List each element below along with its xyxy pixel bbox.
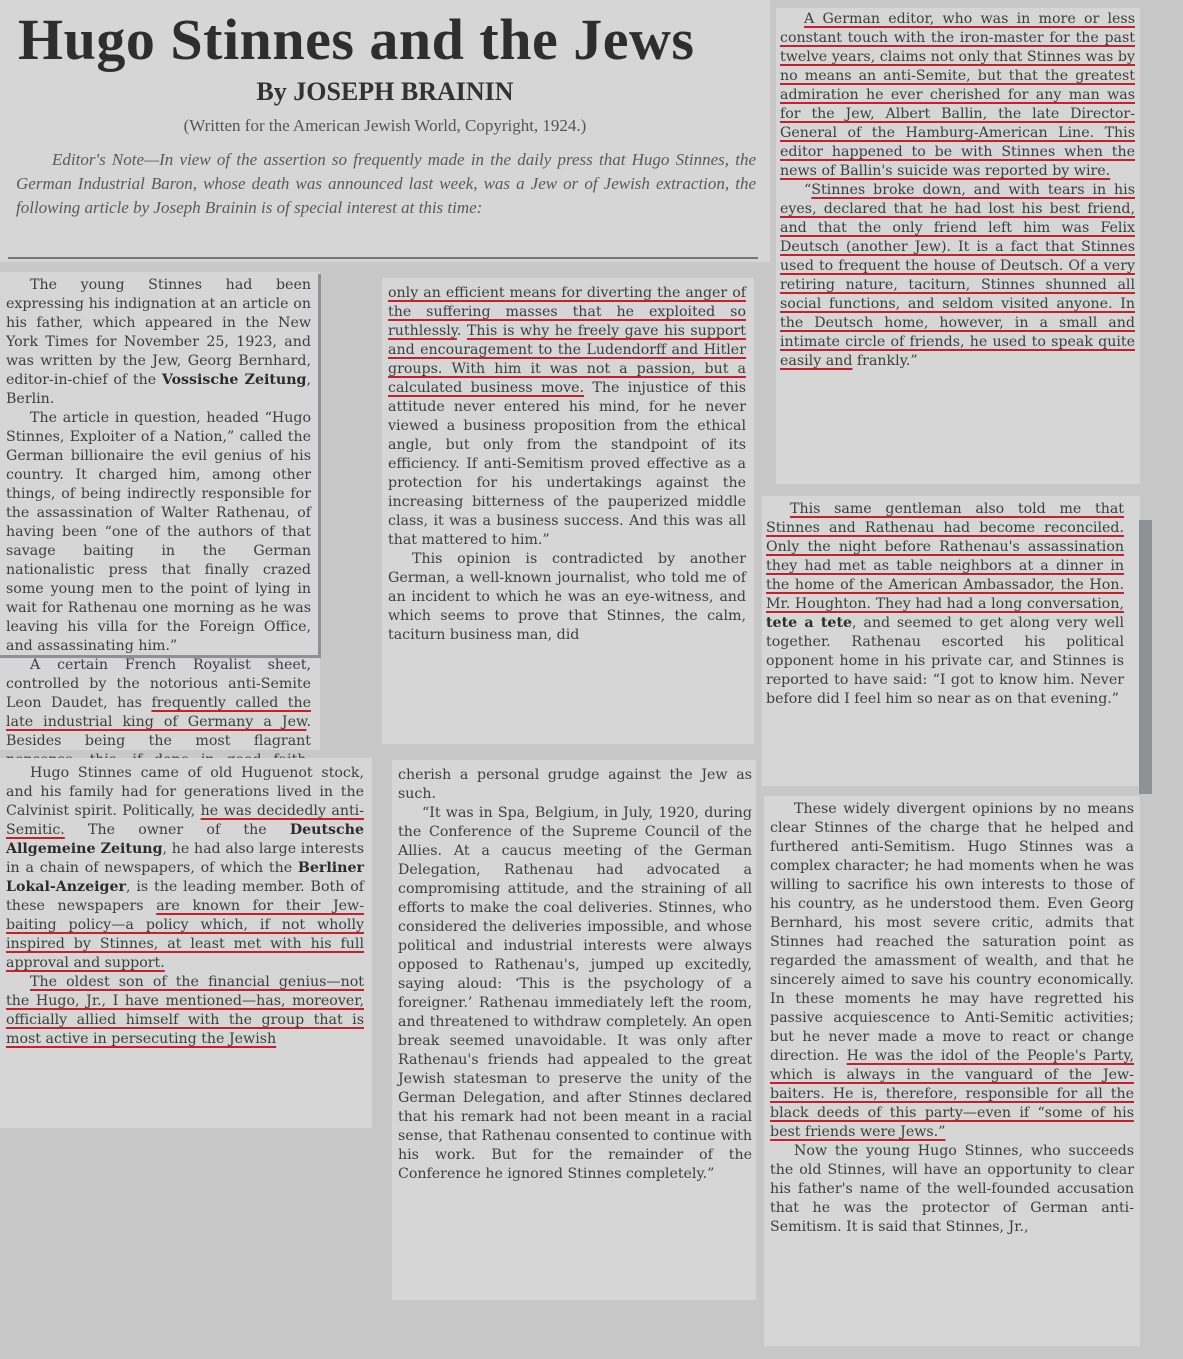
- paragraph: Now the young Hugo Stinnes, who succeeds…: [770, 1142, 1134, 1237]
- paragraph: The young Stinnes had been expressing hi…: [6, 276, 311, 409]
- highlighted-text: The oldest son of the financial genius—n…: [6, 974, 364, 1047]
- col2-top-text: only an efficient means for diverting th…: [388, 284, 746, 645]
- col3-bottom-text: These widely divergent opinions by no me…: [770, 800, 1134, 1237]
- paragraph: Hugo Stinnes came of old Huguenot stock,…: [6, 764, 364, 973]
- highlighted-text: Stinnes broke down, and with tears in hi…: [780, 182, 1135, 369]
- col1-top-text: The young Stinnes had been expressing hi…: [6, 276, 311, 808]
- col2-bottom-text: cherish a personal grudge against the Je…: [398, 766, 752, 1184]
- article-title: Hugo Stinnes and the Jews: [18, 8, 763, 72]
- paragraph: A German editor, who was in more or less…: [780, 10, 1135, 181]
- highlighted-text: A German editor, who was in more or less…: [780, 11, 1135, 179]
- paragraph: The article in question, headed “Hugo St…: [6, 409, 311, 656]
- header-divider: [8, 257, 758, 259]
- paragraph: This same gentleman also told me that St…: [766, 500, 1124, 709]
- copyright-credit: (Written for the American Jewish World, …: [0, 116, 770, 136]
- paragraph: This opinion is contradicted by another …: [388, 550, 746, 645]
- side-bar: [1139, 520, 1152, 794]
- paragraph: “It was in Spa, Belgium, in July, 1920, …: [398, 804, 752, 1184]
- newspaper-name: Vossische Zeitung: [162, 372, 307, 388]
- highlighted-text: This same gentleman also told me that St…: [766, 501, 1124, 612]
- frame-border-right: [318, 274, 321, 658]
- col3-top-text: A German editor, who was in more or less…: [780, 10, 1135, 371]
- col1-bottom-text: Hugo Stinnes came of old Huguenot stock,…: [6, 764, 364, 1049]
- paragraph: The oldest son of the financial genius—n…: [6, 973, 364, 1049]
- article-byline: By JOSEPH BRAININ: [0, 77, 770, 107]
- paragraph: only an efficient means for diverting th…: [388, 284, 746, 550]
- paragraph: cherish a personal grudge against the Je…: [398, 766, 752, 804]
- editors-note: Editor's Note—In view of the assertion s…: [16, 148, 756, 220]
- paragraph: “Stinnes broke down, and with tears in h…: [780, 181, 1135, 371]
- paragraph: These widely divergent opinions by no me…: [770, 800, 1134, 1142]
- col3-mid-text: This same gentleman also told me that St…: [766, 500, 1124, 709]
- emphasis-text: tete a tete: [766, 615, 852, 631]
